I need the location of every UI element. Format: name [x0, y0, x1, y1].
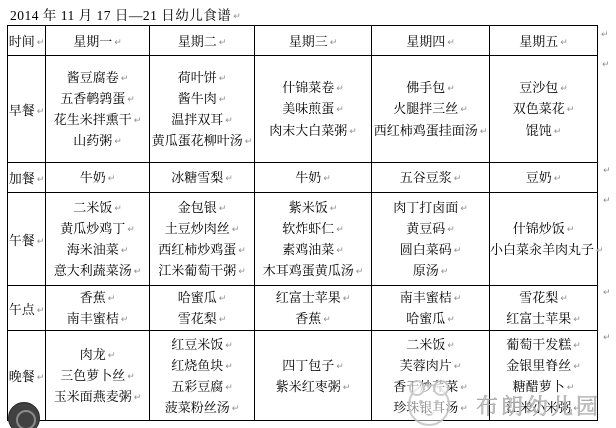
dish-item: 黄瓜蛋花柳叶汤	[150, 130, 254, 151]
meal-row: 加餐牛奶冰糖雪梨牛奶五谷豆浆豆奶	[8, 163, 598, 193]
menu-cell: 紫米饭软炸虾仁素鸡油菜木耳鸡蛋黄瓜汤	[255, 193, 372, 286]
menu-cell: 牛奶	[46, 163, 150, 193]
menu-cell: 五谷豆浆	[372, 163, 490, 193]
table-body: 早餐酱豆腐卷五香鹌鹑蛋花生米拌熏干山药粥荷叶饼酱牛肉温拌双耳黄瓜蛋花柳叶汤什锦菜…	[8, 56, 598, 421]
dish-item: 香蕉	[255, 308, 371, 329]
dish-item: 馄饨	[490, 120, 597, 141]
dish-item: 红富士苹果	[490, 308, 597, 329]
dish-item: 什锦炒饭	[490, 218, 597, 239]
dish-item: 冰糖雪梨	[150, 167, 254, 188]
menu-cell: 什锦炒饭小白菜汆羊肉丸子	[490, 193, 598, 286]
dish-item: 红富士苹果	[255, 287, 371, 308]
dish-item: 原汤	[372, 260, 489, 281]
menu-cell: 冰糖雪梨	[150, 163, 255, 193]
dish-item: 糖醋萝卜	[490, 376, 597, 397]
dish-item: 五谷豆浆	[372, 167, 489, 188]
dish-item: 芙蓉肉片	[372, 355, 489, 376]
row-end-mark: ↵	[603, 196, 611, 206]
dish-item: 土豆炒肉丝	[150, 218, 254, 239]
dish-item: 海米油菜	[46, 239, 149, 260]
dish-item: 肉末大白菜粥	[255, 120, 371, 141]
dish-item: 黄豆码	[372, 218, 489, 239]
meal-row-label: 午餐	[8, 193, 46, 286]
page-title: 2014 年 11 月 17 日—21 日幼儿食谱	[10, 4, 241, 24]
meal-row-label: 午点	[8, 286, 46, 331]
meal-schedule-table: 时间星期一星期二星期三星期四星期五 早餐酱豆腐卷五香鹌鹑蛋花生米拌熏干山药粥荷叶…	[7, 25, 598, 421]
meal-row-label: 加餐	[8, 163, 46, 193]
menu-cell: 香蕉南丰蜜桔	[46, 286, 150, 331]
row-end-mark: ↵	[603, 333, 611, 343]
dish-item: 酱豆腐卷	[46, 67, 149, 88]
dish-item: 二米饭	[372, 334, 489, 355]
dish-item: 什锦菜卷	[255, 77, 371, 98]
menu-cell: 葡萄干发糕金银里脊丝糖醋萝卜江米小米粥	[490, 331, 598, 421]
menu-cell: 豆奶	[490, 163, 598, 193]
dish-item: 酱牛肉	[150, 88, 254, 109]
row-end-mark: ↵	[603, 166, 611, 176]
dish-item: 江米葡萄干粥	[150, 260, 254, 281]
dish-item: 西红柿鸡蛋挂面汤	[372, 120, 489, 141]
dish-item: 江米小米粥	[490, 397, 597, 418]
meal-row: 午餐二米饭黄瓜炒鸡丁海米油菜意大利蔬菜汤金包银土豆炒肉丝西红柿炒鸡蛋江米葡萄干粥…	[8, 193, 598, 286]
dish-item: 哈蜜瓜	[150, 287, 254, 308]
dish-item: 五彩豆腐	[150, 376, 254, 397]
dish-item: 哈蜜瓜	[372, 308, 489, 329]
dish-item: 温拌双耳	[150, 109, 254, 130]
dish-item: 葡萄干发糕	[490, 334, 597, 355]
dish-item: 香干炒芹菜	[372, 376, 489, 397]
menu-cell: 佛手包火腿拌三丝西红柿鸡蛋挂面汤	[372, 56, 490, 163]
dish-item: 素鸡油菜	[255, 239, 371, 260]
meal-row-label: 早餐	[8, 56, 46, 163]
header-row: 时间星期一星期二星期三星期四星期五	[8, 26, 598, 56]
dish-item: 圆白菜码	[372, 239, 489, 260]
meal-row: 早餐酱豆腐卷五香鹌鹑蛋花生米拌熏干山药粥荷叶饼酱牛肉温拌双耳黄瓜蛋花柳叶汤什锦菜…	[8, 56, 598, 163]
menu-cell: 什锦菜卷美味煎蛋肉末大白菜粥	[255, 56, 372, 163]
meal-row: 晚餐肉龙三色萝卜丝玉米面燕麦粥红豆米饭红烧鱼块五彩豆腐菠菜粉丝汤四丁包子紫米红枣…	[8, 331, 598, 421]
menu-cell: 哈蜜瓜雪花梨	[150, 286, 255, 331]
menu-cell: 肉丁打卤面黄豆码圆白菜码原汤	[372, 193, 490, 286]
row-end-mark: ↵	[602, 60, 610, 70]
column-header: 星期四	[372, 26, 490, 56]
menu-cell: 金包银土豆炒肉丝西红柿炒鸡蛋江米葡萄干粥	[150, 193, 255, 286]
menu-cell: 荷叶饼酱牛肉温拌双耳黄瓜蛋花柳叶汤	[150, 56, 255, 163]
dish-item: 肉丁打卤面	[372, 197, 489, 218]
dish-item: 美味煎蛋	[255, 98, 371, 119]
dish-item: 玉米面燕麦粥	[46, 386, 149, 407]
row-end-mark: ↵	[603, 288, 611, 298]
dish-item: 四丁包子	[255, 355, 371, 376]
dish-item: 南丰蜜桔	[372, 287, 489, 308]
column-header: 星期一	[46, 26, 150, 56]
dish-item: 意大利蔬菜汤	[46, 260, 149, 281]
dish-item: 木耳鸡蛋黄瓜汤	[255, 260, 371, 281]
dish-item: 肉龙	[46, 344, 149, 365]
dish-item: 菠菜粉丝汤	[150, 397, 254, 418]
menu-cell: 红富士苹果香蕉	[255, 286, 372, 331]
dish-item: 豆奶	[490, 167, 597, 188]
dish-item: 金银里脊丝	[490, 355, 597, 376]
menu-cell: 二米饭黄瓜炒鸡丁海米油菜意大利蔬菜汤	[46, 193, 150, 286]
dish-item: 佛手包	[372, 77, 489, 98]
menu-cell: 南丰蜜桔哈蜜瓜	[372, 286, 490, 331]
dish-item: 花生米拌熏干	[46, 109, 149, 130]
menu-cell: 牛奶	[255, 163, 372, 193]
dish-item: 雪花梨	[490, 287, 597, 308]
dish-item: 山药粥	[46, 130, 149, 151]
dish-item: 豆沙包	[490, 77, 597, 98]
dish-item: 双色菜花	[490, 98, 597, 119]
dish-item: 红豆米饭	[150, 334, 254, 355]
dish-item: 五香鹌鹑蛋	[46, 88, 149, 109]
dish-item: 金包银	[150, 197, 254, 218]
column-header: 星期二	[150, 26, 255, 56]
dish-item: 火腿拌三丝	[372, 98, 489, 119]
dish-item: 西红柿炒鸡蛋	[150, 239, 254, 260]
menu-cell: 雪花梨红富士苹果	[490, 286, 598, 331]
row-end-mark: ↵	[601, 30, 609, 40]
menu-cell: 肉龙三色萝卜丝玉米面燕麦粥	[46, 331, 150, 421]
dish-item: 牛奶	[46, 167, 149, 188]
dish-item: 软炸虾仁	[255, 218, 371, 239]
dish-item: 三色萝卜丝	[46, 365, 149, 386]
dish-item: 雪花梨	[150, 308, 254, 329]
dish-item: 紫米红枣粥	[255, 376, 371, 397]
dish-item: 紫米饭	[255, 197, 371, 218]
dish-item: 香蕉	[46, 287, 149, 308]
meal-row: 午点香蕉南丰蜜桔哈蜜瓜雪花梨红富士苹果香蕉南丰蜜桔哈蜜瓜雪花梨红富士苹果	[8, 286, 598, 331]
dish-item: 珍珠银耳汤	[372, 397, 489, 418]
bottom-left-logo-icon	[8, 402, 40, 428]
menu-cell: 二米饭芙蓉肉片香干炒芹菜珍珠银耳汤	[372, 331, 490, 421]
menu-cell: 四丁包子紫米红枣粥	[255, 331, 372, 421]
menu-cell: 豆沙包双色菜花馄饨	[490, 56, 598, 163]
menu-cell: 酱豆腐卷五香鹌鹑蛋花生米拌熏干山药粥	[46, 56, 150, 163]
column-header: 时间	[8, 26, 46, 56]
column-header: 星期三	[255, 26, 372, 56]
dish-item: 荷叶饼	[150, 67, 254, 88]
dish-item: 小白菜汆羊肉丸子	[490, 239, 597, 260]
dish-item: 黄瓜炒鸡丁	[46, 218, 149, 239]
column-header: 星期五	[490, 26, 598, 56]
menu-cell: 红豆米饭红烧鱼块五彩豆腐菠菜粉丝汤	[150, 331, 255, 421]
dish-item: 二米饭	[46, 197, 149, 218]
dish-item: 红烧鱼块	[150, 355, 254, 376]
dish-item: 南丰蜜桔	[46, 308, 149, 329]
dish-item: 牛奶	[255, 167, 371, 188]
